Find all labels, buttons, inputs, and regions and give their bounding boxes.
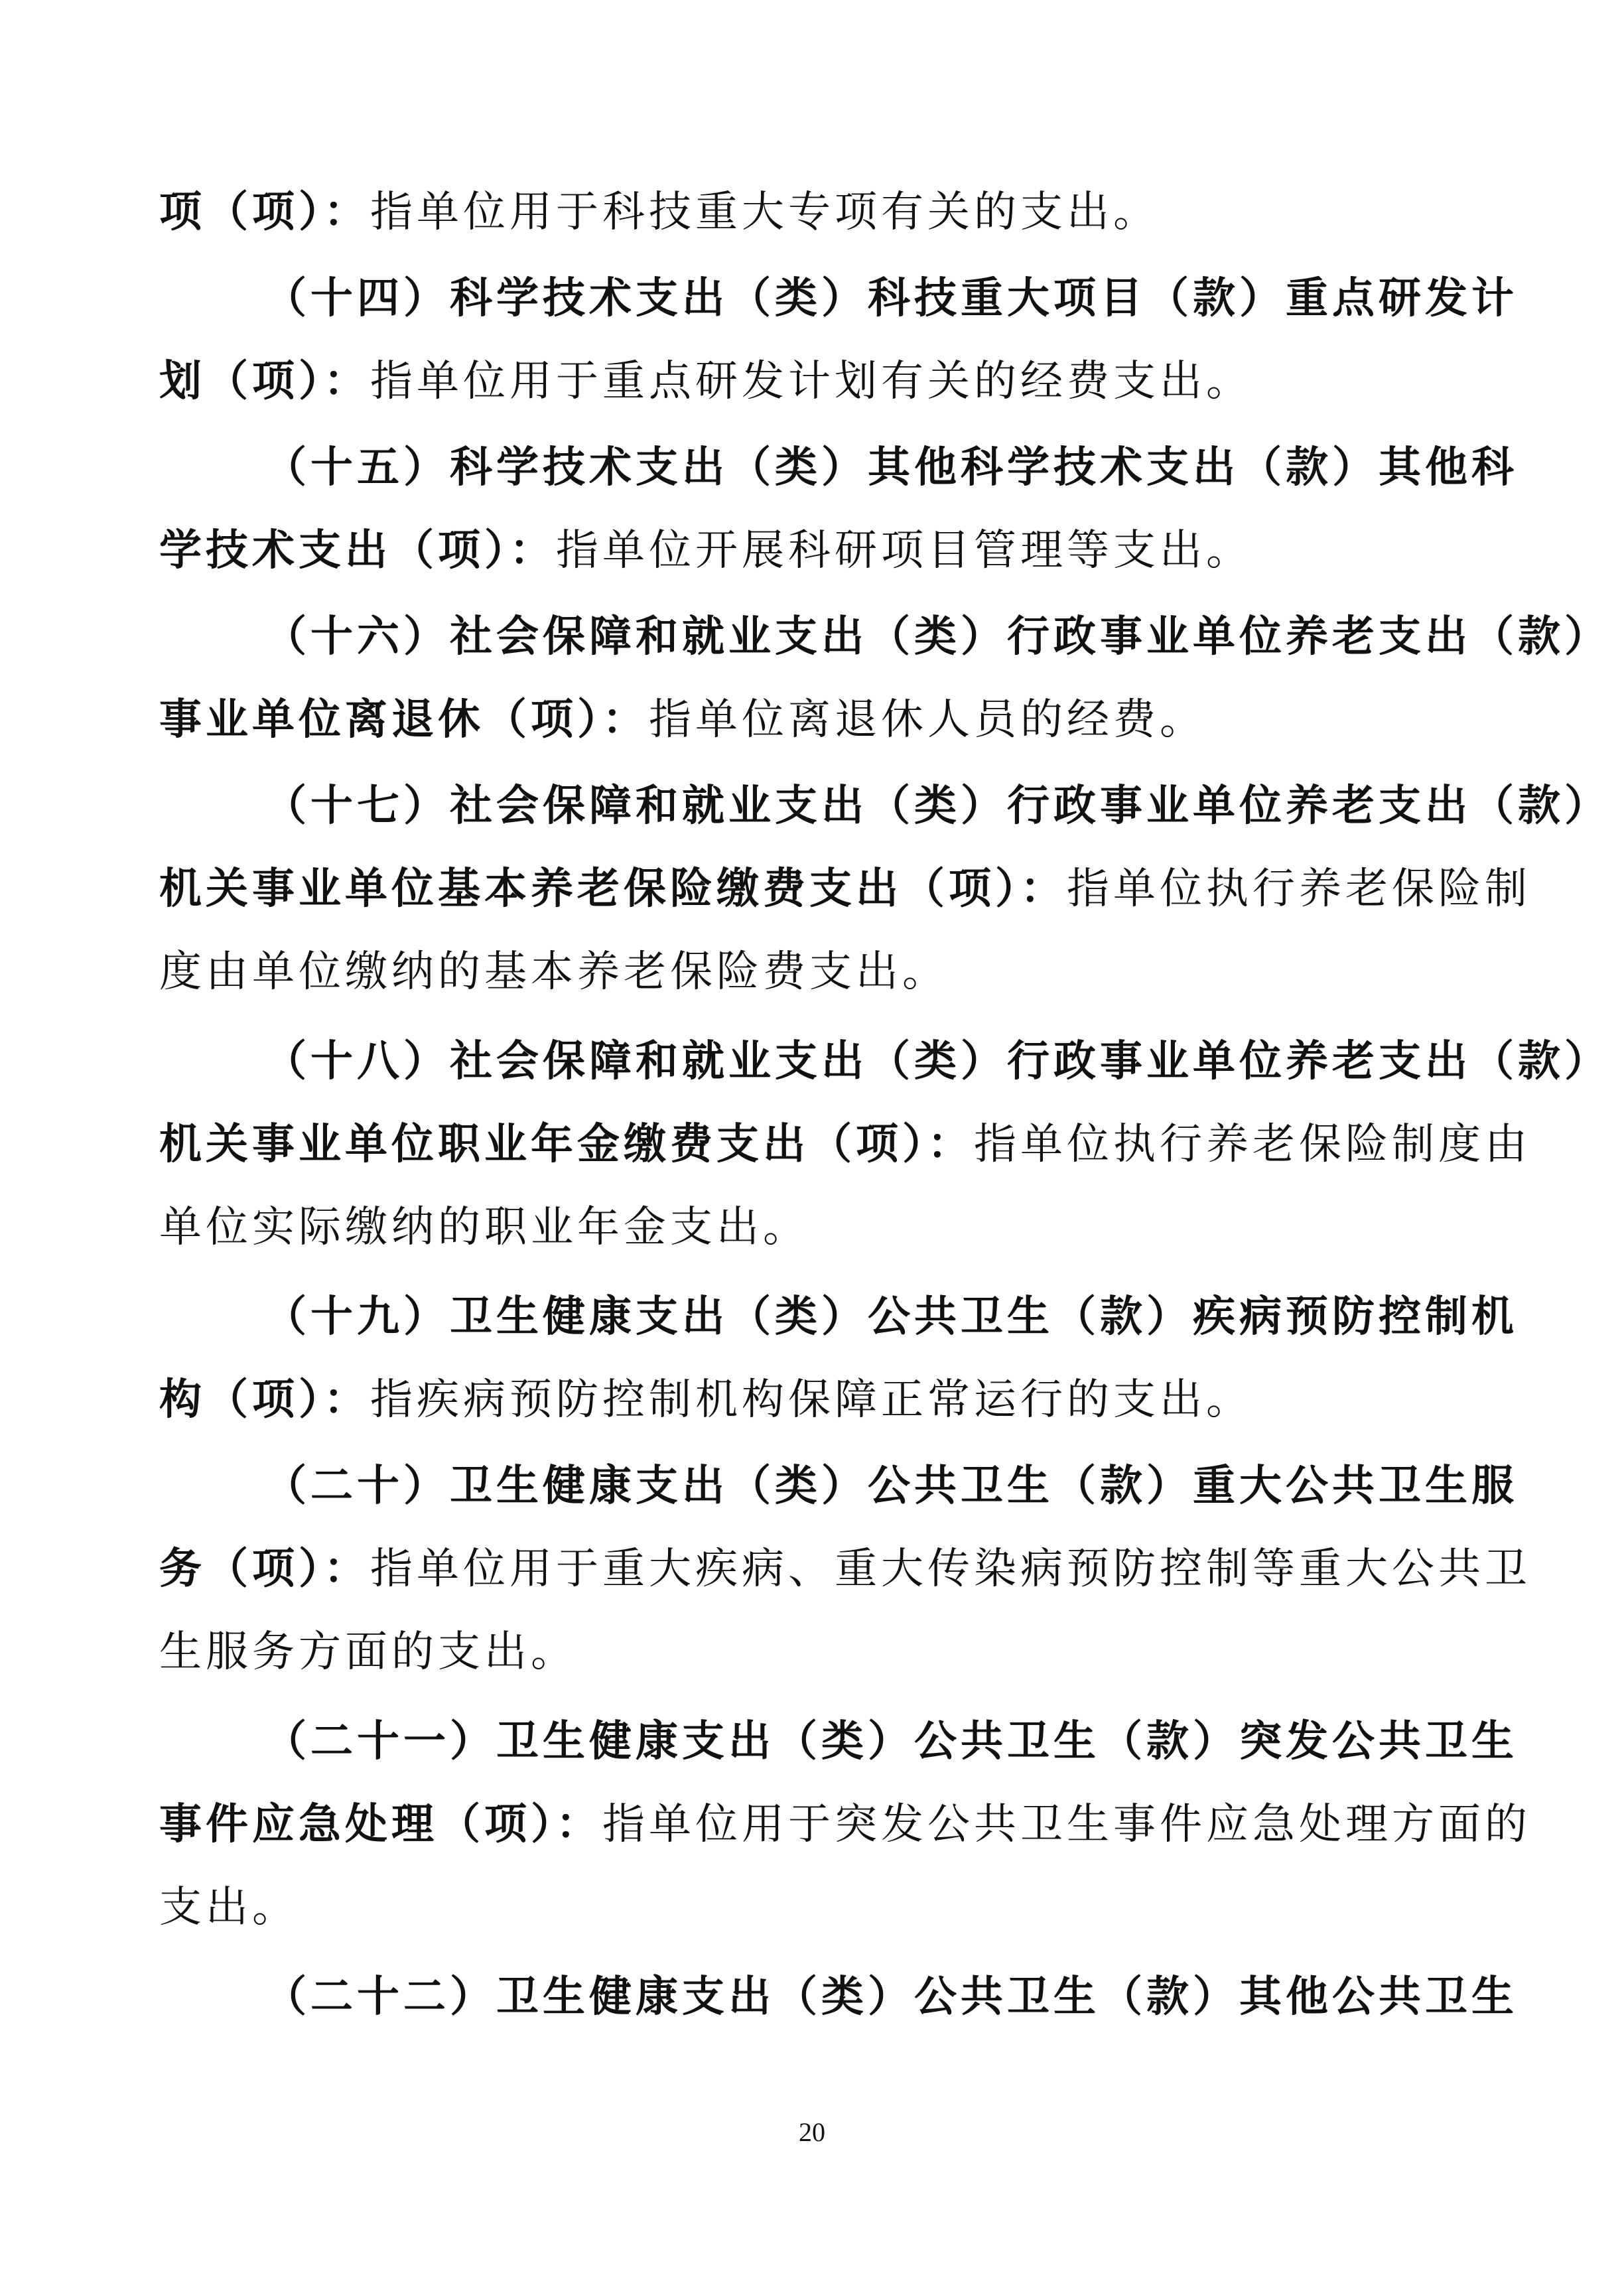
text-line: 支出。: [159, 1881, 299, 1934]
section-heading: （十四）科学技术支出（类）科技重大项目（款）重点研发计: [264, 272, 1518, 325]
section-heading: （十九）卫生健康支出（类）公共卫生（款）疾病预防控制机: [264, 1290, 1518, 1344]
section-heading: （二十二）卫生健康支出（类）公共卫生（款）其他公共卫生: [264, 1971, 1518, 2024]
text-line: 机关事业单位职业年金缴费支出（项）：指单位执行养老保险制度由: [159, 1118, 1531, 1171]
text-line: 项（项）：指单位用于科技重大专项有关的支出。: [159, 186, 1160, 239]
section-heading: （二十）卫生健康支出（类）公共卫生（款）重大公共卫生服: [264, 1460, 1518, 1513]
section-heading: （十六）社会保障和就业支出（类）行政事业单位养老支出（款）: [264, 610, 1611, 663]
section-heading: （十七）社会保障和就业支出（类）行政事业单位养老支出（款）: [264, 780, 1611, 833]
section-heading: （二十一）卫生健康支出（类）公共卫生（款）突发公共卫生: [264, 1715, 1518, 1768]
text-line: 度由单位缴纳的基本养老保险费支出。: [159, 945, 949, 999]
text-line: 单位实际缴纳的职业年金支出。: [159, 1201, 809, 1254]
section-heading: （十五）科学技术支出（类）其他科学技术支出（款）其他科: [264, 441, 1518, 494]
text-line: 生服务方面的支出。: [159, 1626, 577, 1679]
text-line: 学技术支出（项）：指单位开展科研项目管理等支出。: [159, 524, 1252, 577]
page-number: 20: [0, 2117, 1624, 2148]
text-line: 事件应急处理（项）：指单位用于突发公共卫生事件应急处理方面的: [159, 1798, 1531, 1851]
text-line: 划（项）：指单位用于重点研发计划有关的经费支出。: [159, 355, 1252, 408]
section-heading: （十八）社会保障和就业支出（类）行政事业单位养老支出（款）: [264, 1035, 1611, 1088]
text-line: 务（项）：指单位用于重大疾病、重大传染病预防控制等重大公共卫: [159, 1543, 1531, 1596]
text-line: 事业单位离退休（项）：指单位离退休人员的经费。: [159, 693, 1206, 746]
text-line: 机关事业单位基本养老保险缴费支出（项）：指单位执行养老保险制: [159, 863, 1531, 916]
text-line: 构（项）：指疾病预防控制机构保障正常运行的支出。: [159, 1373, 1252, 1426]
